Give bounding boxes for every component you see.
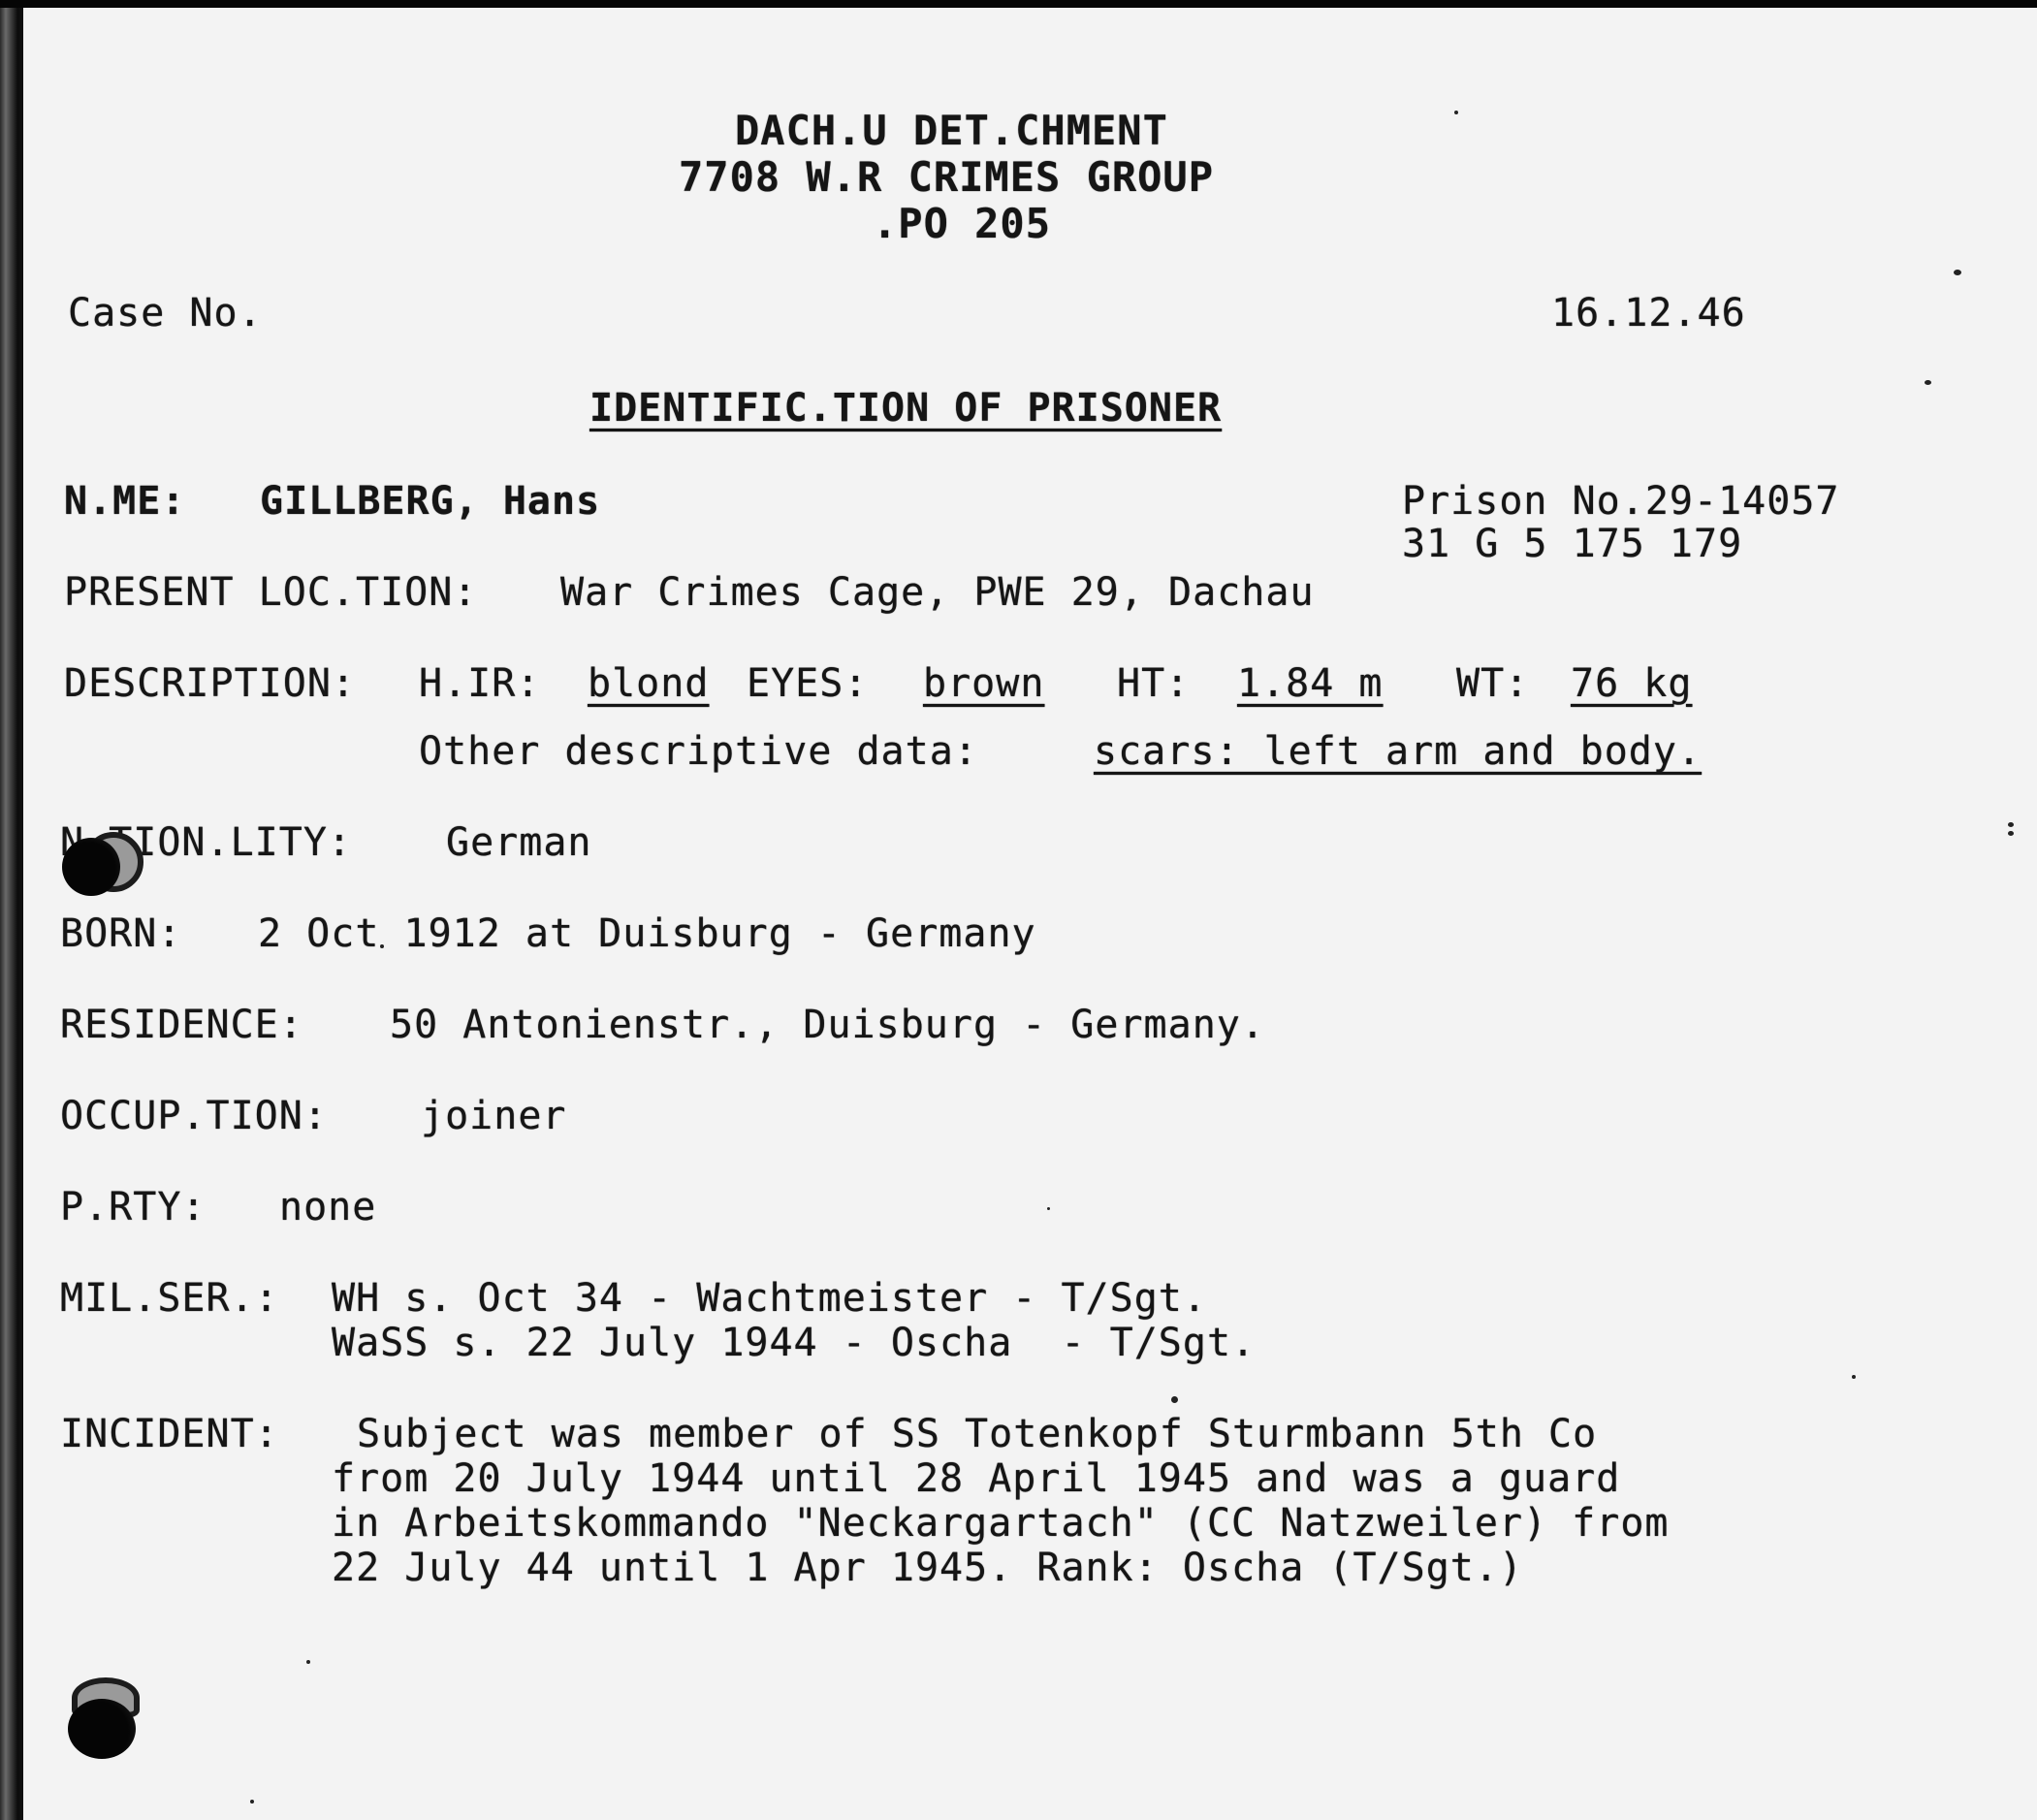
name-value: GILLBERG, Hans [260, 479, 600, 524]
eyes-value: brown [923, 661, 1044, 706]
other-descriptive-value: scars: left arm and body. [1094, 729, 1702, 774]
weight-label: WT: [1456, 661, 1529, 706]
header-line-2: 7708 W.R CRIMES GROUP [679, 155, 1214, 200]
scan-speck [1454, 111, 1458, 114]
prison-number-secondary: 31 G 5 175 179 [1402, 522, 1742, 566]
prison-number: Prison No.29-14057 [1402, 479, 1839, 524]
document-page: DACH.U DET.CHMENT 7708 W.R CRIMES GROUP … [0, 0, 2037, 1820]
hair-label: H.IR: [419, 661, 540, 706]
name-label: N.ME: [64, 479, 185, 524]
hair-value: blond [588, 661, 709, 706]
height-label: HT: [1117, 661, 1190, 706]
header-line-3: .PO 205 [873, 202, 1051, 246]
incident-label: INCIDENT: [60, 1412, 279, 1456]
residence-value: 50 Antonienstr., Duisburg - Germany. [390, 1003, 1265, 1047]
occupation-label: OCCUP.TION: [60, 1094, 328, 1138]
document-date: 16.12.46 [1551, 291, 1746, 335]
scan-speck [1954, 270, 1961, 275]
mil-ser-label: MIL.SER.: [60, 1276, 279, 1321]
present-location-value: War Crimes Cage, PWE 29, Dachau [560, 570, 1315, 615]
header-line-1: DACH.U DET.CHMENT [735, 109, 1168, 153]
other-descriptive-label: Other descriptive data: [419, 729, 978, 774]
born-value: 2 Oct 1912 at Duisburg - Germany [258, 911, 1036, 956]
scan-speck [2008, 831, 2014, 836]
present-location-label: PRESENT LOC.TION: [64, 570, 477, 615]
height-value: 1.84 m [1237, 661, 1384, 706]
scan-speck [2008, 822, 2014, 827]
occupation-value: joiner [421, 1094, 567, 1138]
incident-line: from 20 July 1944 until 28 April 1945 an… [332, 1456, 1620, 1501]
page-title: IDENTIFIC.TION OF PRISONER [589, 386, 1222, 431]
eyes-label: EYES: [747, 661, 868, 706]
incident-line: Subject was member of SS Totenkopf Sturm… [357, 1412, 1597, 1456]
mil-ser-line-2: WaSS s. 22 July 1944 - Oscha - T/Sgt. [332, 1321, 1256, 1365]
punch-hole-top [62, 838, 120, 896]
punch-hole-bottom [68, 1699, 136, 1759]
scan-speck [1852, 1375, 1856, 1379]
weight-value: 76 kg [1571, 661, 1692, 706]
born-label: BORN: [60, 911, 181, 956]
incident-line: 22 July 44 until 1 Apr 1945. Rank: Oscha… [332, 1546, 1523, 1590]
scan-left-edge [0, 8, 23, 1820]
scan-top-border [0, 0, 2037, 8]
scan-speck [380, 944, 384, 948]
nationality-value: German [446, 820, 592, 865]
residence-label: RESIDENCE: [60, 1003, 303, 1047]
scan-speck [306, 1660, 310, 1664]
description-label: DESCRIPTION: [64, 661, 356, 706]
case-no-label: Case No. [68, 291, 263, 335]
scan-speck [1925, 380, 1931, 385]
party-value: none [279, 1185, 376, 1229]
scan-speck [250, 1800, 254, 1804]
party-label: P.RTY: [60, 1185, 207, 1229]
incident-line: in Arbeitskommando "Neckargartach" (CC N… [332, 1501, 1670, 1546]
mil-ser-line-1: WH s. Oct 34 - Wachtmeister - T/Sgt. [332, 1276, 1207, 1321]
scan-speck [1047, 1207, 1050, 1210]
scan-speck [1171, 1396, 1178, 1403]
